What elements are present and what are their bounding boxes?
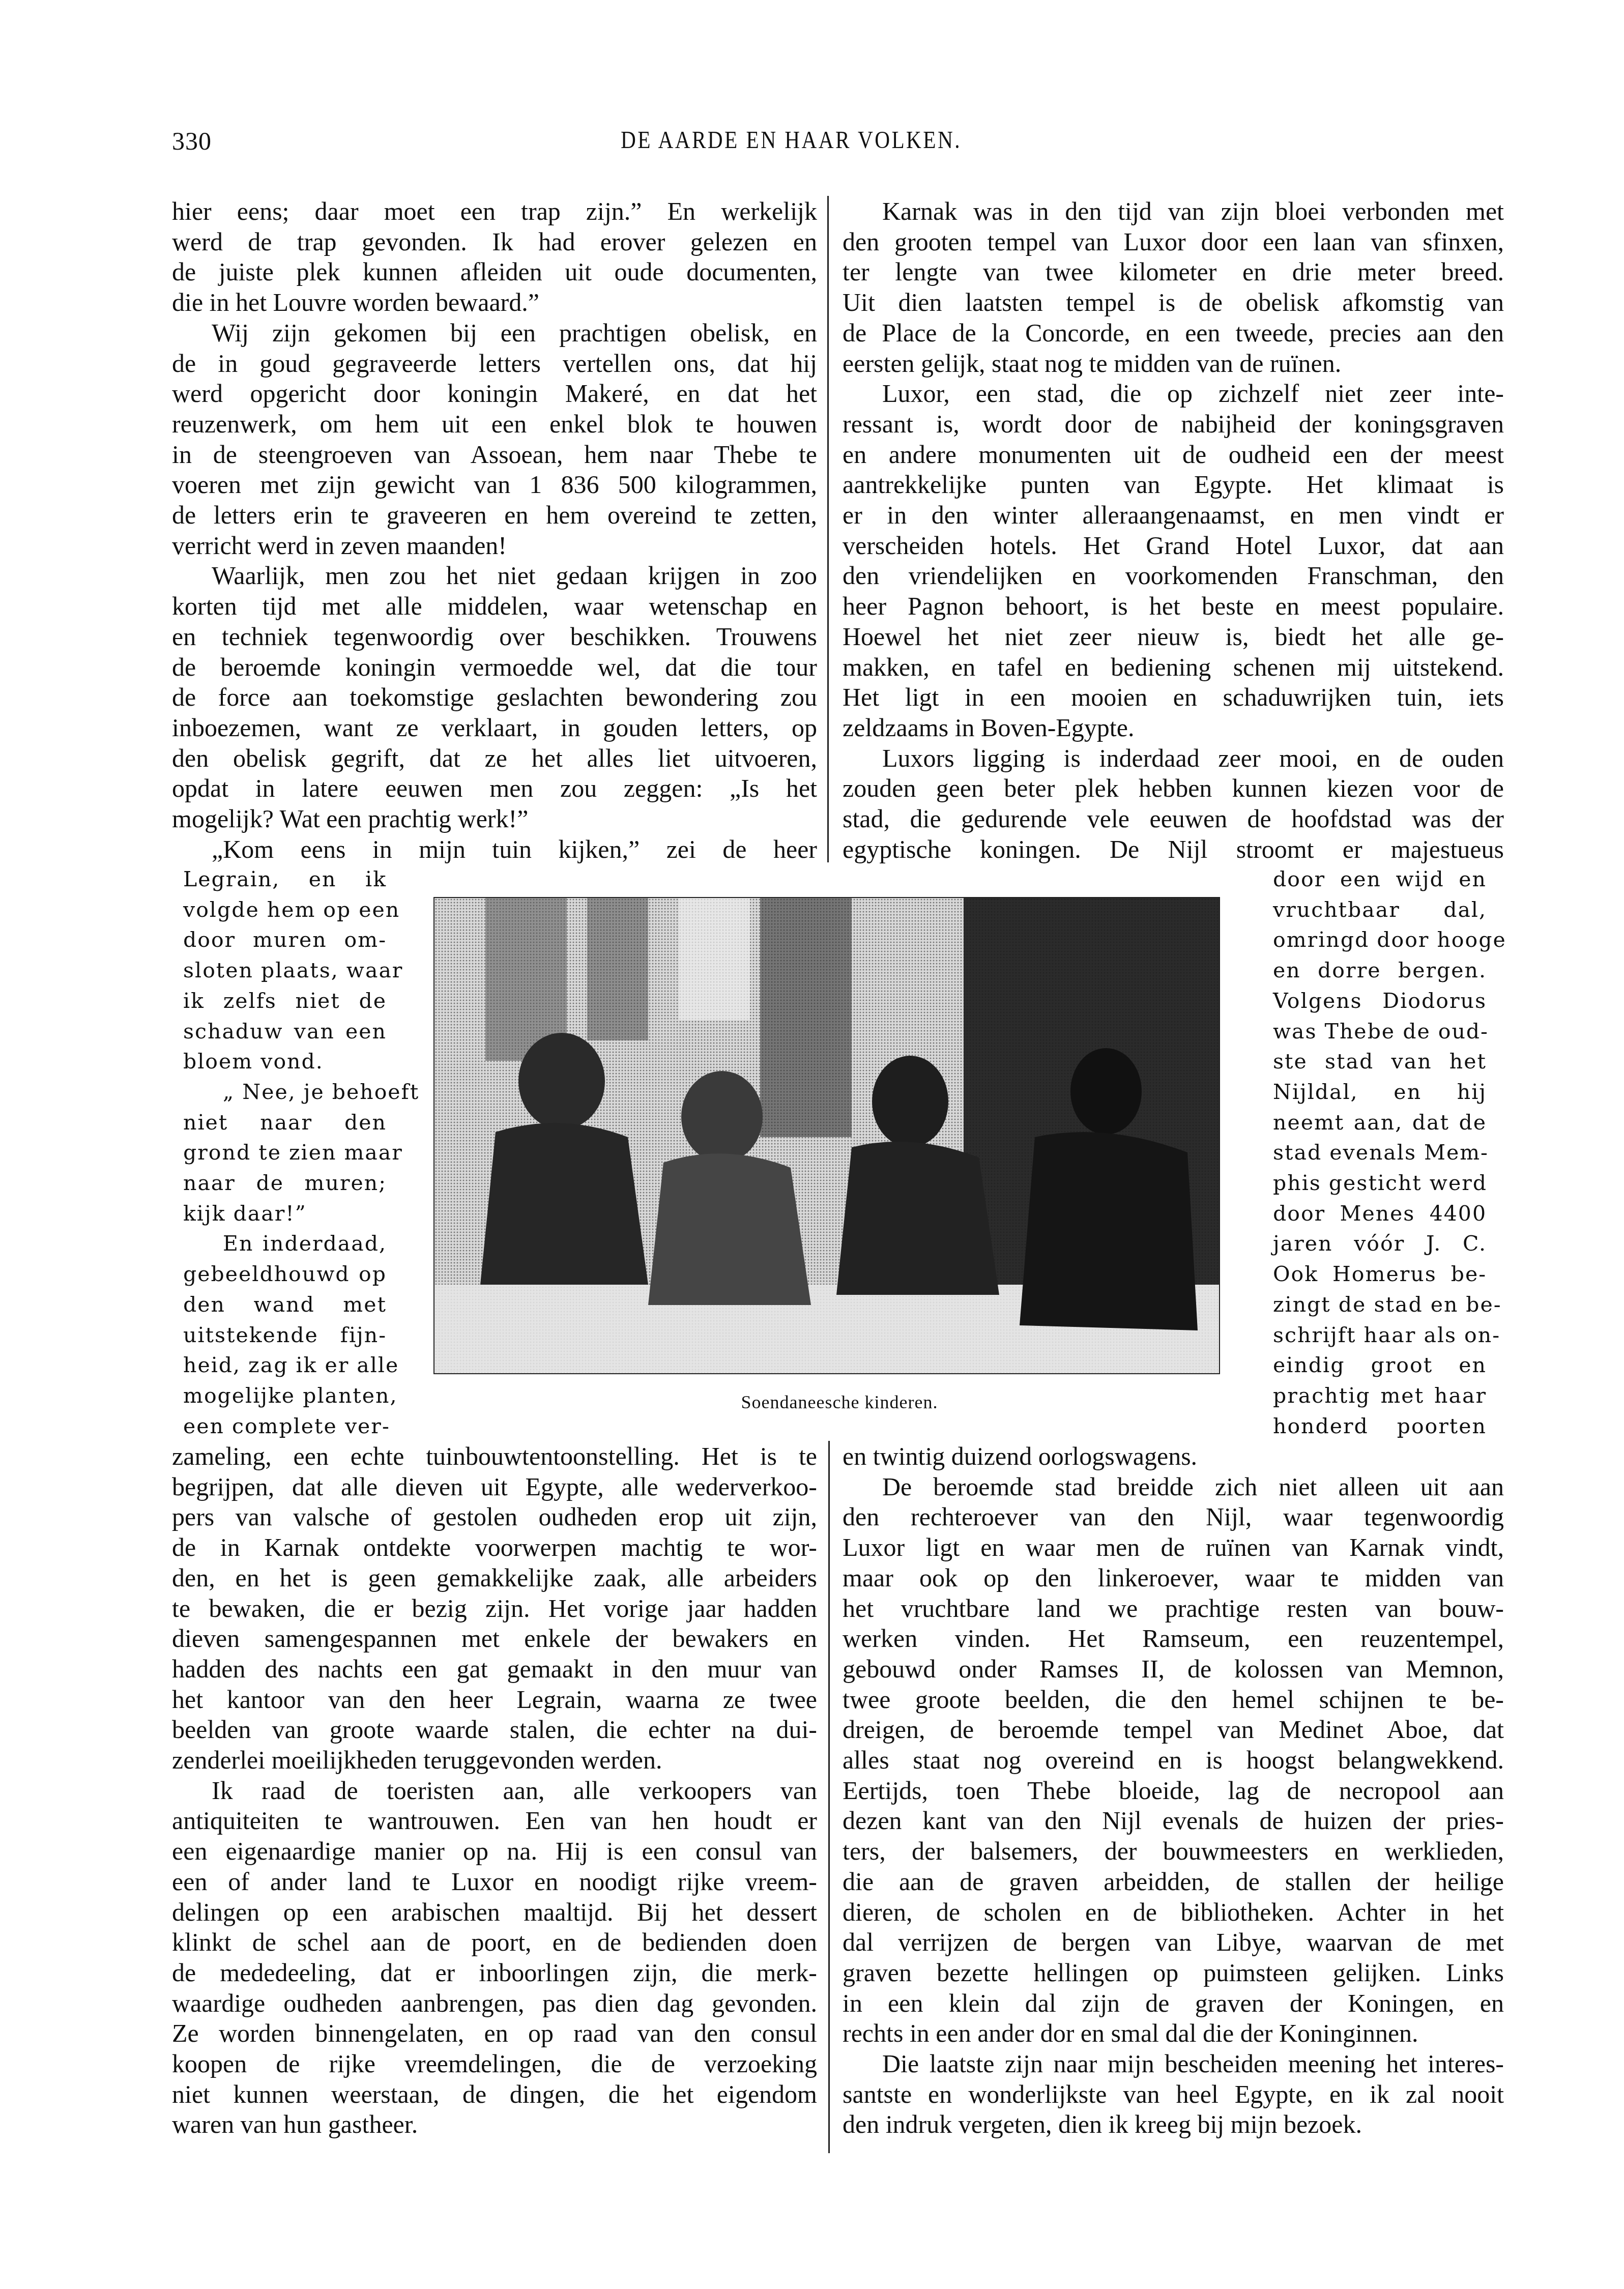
text-line: zenderlei moeilijkheden teruggevonden we… [172, 1745, 817, 1775]
text-line: dreigen, de beroemde tempel van Medinet … [843, 1714, 1504, 1745]
text-line: sloten plaats, waar [183, 955, 387, 986]
text-line: den indruk vergeten, dien ik kreeg bij m… [843, 2109, 1504, 2139]
text-line: in de steengroeven van Assoean, hem naar… [172, 439, 817, 470]
text-line: verricht werd in zeven maanden! [172, 530, 817, 561]
text-line: twee groote beelden, die den hemel schij… [843, 1684, 1504, 1715]
text-line: dezen kant van den Nijl evenals de huize… [843, 1805, 1504, 1836]
text-line: die aan de graven arbeidden, de stallen … [843, 1866, 1504, 1897]
text-line: vruchtbaar dal, [1273, 894, 1487, 925]
text-line: Legrain, en ik [183, 864, 387, 894]
text-line: de force aan toekomstige geslachten bewo… [172, 682, 817, 712]
text-line: er in den winter alleraangenaamst, en me… [843, 500, 1504, 530]
text-line: opdat in latere eeuwen men zou zeggen: „… [172, 773, 817, 803]
text-line: stad evenals Mem- [1273, 1137, 1487, 1168]
text-line: was Thebe de oud- [1273, 1016, 1487, 1047]
text-line: en techniek tegenwoordig over beschikken… [172, 621, 817, 652]
text-line: die in het Louvre worden bewaard.” [172, 287, 817, 317]
text-line: verscheiden hotels. Het Grand Hotel Luxo… [843, 530, 1504, 561]
text-line: Waarlijk, men zou het niet gedaan krijge… [172, 560, 817, 591]
text-line: bloem vond. [183, 1046, 387, 1077]
text-line: zeldzaams in Boven-Egypte. [843, 712, 1504, 743]
text-line: niet naar den [183, 1107, 387, 1138]
text-line: prachtig met haar [1273, 1380, 1487, 1411]
text-line: door een wijd en [1273, 864, 1487, 894]
text-line: ste stad van het [1273, 1046, 1487, 1077]
text-line: de letters erin te graveeren en hem over… [172, 500, 817, 530]
text-line: grond te zien maar [183, 1137, 387, 1168]
text-line: mogelijk? Wat een prachtig werk!” [172, 803, 817, 834]
text-line: „Kom eens in mijn tuin kijken,” zei de h… [172, 834, 817, 864]
text-line: en dorre bergen. [1273, 955, 1487, 986]
text-line: den, en het is geen gemakkelijke zaak, a… [172, 1562, 817, 1593]
text-line: inboezemen, want ze verklaart, in gouden… [172, 712, 817, 743]
text-line: het vruchtbare land we prachtige resten … [843, 1593, 1504, 1624]
text-line: En inderdaad, [183, 1228, 387, 1259]
text-line: mogelijke planten, [183, 1380, 387, 1411]
text-line: ressant is, wordt door de nabijheid der … [843, 409, 1504, 439]
book-page: 330 DE AARDE EN HAAR VOLKEN. hier eens; … [0, 0, 1624, 2289]
text-line: dieven samengespannen met enkele der bew… [172, 1623, 817, 1654]
text-line: een of ander land te Luxor en noodigt ri… [172, 1866, 817, 1897]
text-line: schaduw van een [183, 1016, 387, 1047]
text-line: ik zelfs niet de [183, 986, 387, 1016]
text-line: waren van hun gastheer. [172, 2109, 817, 2139]
text-line: den wand met [183, 1289, 387, 1320]
column-divider-bottom [828, 1441, 830, 2153]
text-line: de mededeeling, dat er inboorlingen zijn… [172, 1957, 817, 1988]
text-line: de in Karnak ontdekte voorwerpen machtig… [172, 1532, 817, 1562]
text-line: Karnak was in den tijd van zijn bloei ve… [843, 196, 1504, 226]
text-line: de in goud gegraveerde letters vertellen… [172, 348, 817, 379]
text-line: neemt aan, dat de [1273, 1107, 1487, 1138]
text-line: en twintig duizend oorlogswagens. [843, 1441, 1504, 1471]
text-line: zameling, een echte tuinbouwtentoonstell… [172, 1441, 817, 1471]
text-line: Eertijds, toen Thebe bloeide, lag de nec… [843, 1775, 1504, 1806]
text-line: beelden van groote waarde stalen, die ec… [172, 1714, 817, 1745]
text-line: den vriendelijken en voorkomenden Fransc… [843, 560, 1504, 591]
text-line: Nijldal, en hij [1273, 1077, 1487, 1107]
text-line: gebeeldhouwd op [183, 1259, 387, 1289]
text-line: een complete ver- [183, 1411, 387, 1441]
text-line: delingen op een arabischen maaltijd. Bij… [172, 1897, 817, 1927]
column-divider-top [827, 196, 829, 862]
text-line: honderd poorten [1273, 1411, 1487, 1441]
text-line: Het ligt in een mooien en schaduwrijken … [843, 682, 1504, 712]
text-line: kijk daar!” [183, 1198, 387, 1229]
text-line: Wij zijn gekomen bij een prachtigen obel… [172, 317, 817, 348]
text-line: werd de trap gevonden. Ik had erover gel… [172, 226, 817, 257]
text-line: door Menes 4400 [1273, 1198, 1487, 1229]
text-line: jaren vóór J. C. [1273, 1228, 1487, 1259]
text-line: antiquiteiten te wantrouwen. Een van hen… [172, 1805, 817, 1836]
text-line: voeren met zijn gewicht van 1 836 500 ki… [172, 469, 817, 500]
text-line: den rechteroever van den Nijl, waar tege… [843, 1501, 1504, 1532]
text-line: uitstekende fijn- [183, 1320, 387, 1350]
text-line: eindig groot en [1273, 1350, 1487, 1380]
text-line: stad, die gedurende vele eeuwen de hoofd… [843, 803, 1504, 834]
text-line: begrijpen, dat alle dieven uit Egypte, a… [172, 1471, 817, 1502]
text-line: santste en wonderlijkste van heel Egypte… [843, 2079, 1504, 2109]
text-line: niet kunnen weerstaan, de dingen, die he… [172, 2079, 817, 2109]
text-line: te bewaken, die er bezig zijn. Het vorig… [172, 1593, 817, 1624]
text-line: Ze worden binnengelaten, en op raad van … [172, 2018, 817, 2048]
text-line: een eigenaardige manier op na. Hij is ee… [172, 1836, 817, 1866]
text-line: den obelisk gegrift, dat ze het alles li… [172, 743, 817, 773]
text-line: korten tijd met alle middelen, waar wete… [172, 591, 817, 621]
text-line: den grooten tempel van Luxor door een la… [843, 226, 1504, 257]
text-line: ter lengte van twee kilometer en drie me… [843, 256, 1504, 287]
text-line: de beroemde koningin vermoedde wel, dat … [172, 652, 817, 682]
text-line: het kantoor van den heer Legrain, waarna… [172, 1684, 817, 1715]
text-line: dal verrijzen de bergen van Libye, waarv… [843, 1927, 1504, 1957]
text-line: werd opgericht door koningin Makeré, en … [172, 378, 817, 409]
text-line: de juiste plek kunnen afleiden uit oude … [172, 256, 817, 287]
text-line: graven bezette hellingen op puimsteen ge… [843, 1957, 1504, 1988]
text-line: Die laatste zijn naar mijn bescheiden me… [843, 2048, 1504, 2079]
text-line: in een klein dal zijn de graven der Koni… [843, 1988, 1504, 2018]
text-line: heid, zag ik er alle [183, 1350, 387, 1380]
text-line: rechts in een ander dor en smal dal die … [843, 2018, 1504, 2048]
text-line: zouden geen beter plek hebben kunnen kie… [843, 773, 1504, 803]
text-line: de Place de la Concorde, en een tweede, … [843, 317, 1504, 348]
text-line: Luxor, een stad, die op zichzelf niet ze… [843, 378, 1504, 409]
text-line: dieren, de scholen en de bibliotheken. A… [843, 1897, 1504, 1927]
text-line: aantrekkelijke punten van Egypte. Het kl… [843, 469, 1504, 500]
text-line: maar ook op den linkeroever, waar te mid… [843, 1562, 1504, 1593]
text-line: Luxors ligging is inderdaad zeer mooi, e… [843, 743, 1504, 773]
text-line: pers van valsche of gestolen oudheden er… [172, 1501, 817, 1532]
text-line: naar de muren; [183, 1168, 387, 1198]
running-title: DE AARDE EN HAAR VOLKEN. [621, 126, 1014, 154]
text-line: waardige oudheden aanbrengen, pas dien d… [172, 1988, 817, 2018]
text-line: egyptische koningen. De Nijl stroomt er … [843, 834, 1504, 864]
text-line: ters, der balsemers, der bouwmeesters en… [843, 1836, 1504, 1866]
text-line: Hoewel het niet zeer nieuw is, biedt het… [843, 621, 1504, 652]
photo-soendaneesche-kinderen [433, 897, 1220, 1374]
text-line: hier eens; daar moet een trap zijn.” En … [172, 196, 817, 226]
text-line: Volgens Diodorus [1273, 986, 1487, 1016]
text-line: schrijft haar als on- [1273, 1320, 1487, 1350]
text-line: reuzenwerk, om hem uit een enkel blok te… [172, 409, 817, 439]
text-line: makken, en tafel en bediening schenen mi… [843, 652, 1504, 682]
page-number: 330 [172, 126, 212, 156]
text-line: omringd door hooge [1273, 924, 1487, 955]
text-line: alles staat nog overeind en is hoogst be… [843, 1745, 1504, 1775]
text-line: klinkt de schel aan de poort, en de bedi… [172, 1927, 817, 1957]
text-line: koopen de rijke vreemdelingen, die de ve… [172, 2048, 817, 2079]
text-line: en andere monumenten uit de oudheid een … [843, 439, 1504, 470]
halftone-photo-icon [434, 898, 1220, 1374]
text-line: gebouwd onder Ramses II, de kolossen van… [843, 1654, 1504, 1684]
text-line: Uit dien laatsten tempel is de obelisk a… [843, 287, 1504, 317]
text-line: door muren om- [183, 924, 387, 955]
text-line: volgde hem op een [183, 894, 387, 925]
text-line: „ Nee, je behoeft [183, 1077, 387, 1107]
text-line: heer Pagnon behoort, is het beste en mee… [843, 591, 1504, 621]
text-line: eersten gelijk, staat nog te midden van … [843, 348, 1504, 379]
text-line: werken vinden. Het Ramseum, een reuzente… [843, 1623, 1504, 1654]
photo-caption: Soendaneesche kinderen. [661, 1392, 1018, 1413]
text-line: phis gesticht werd [1273, 1168, 1487, 1198]
text-line: Luxor ligt en waar men de ruïnen van Kar… [843, 1532, 1504, 1562]
text-line: Ik raad de toeristen aan, alle verkooper… [172, 1775, 817, 1806]
text-line: De beroemde stad breidde zich niet allee… [843, 1471, 1504, 1502]
text-line: hadden des nachts een gat gemaakt in den… [172, 1654, 817, 1684]
text-line: zingt de stad en be- [1273, 1289, 1487, 1320]
text-line: Ook Homerus be- [1273, 1259, 1487, 1289]
